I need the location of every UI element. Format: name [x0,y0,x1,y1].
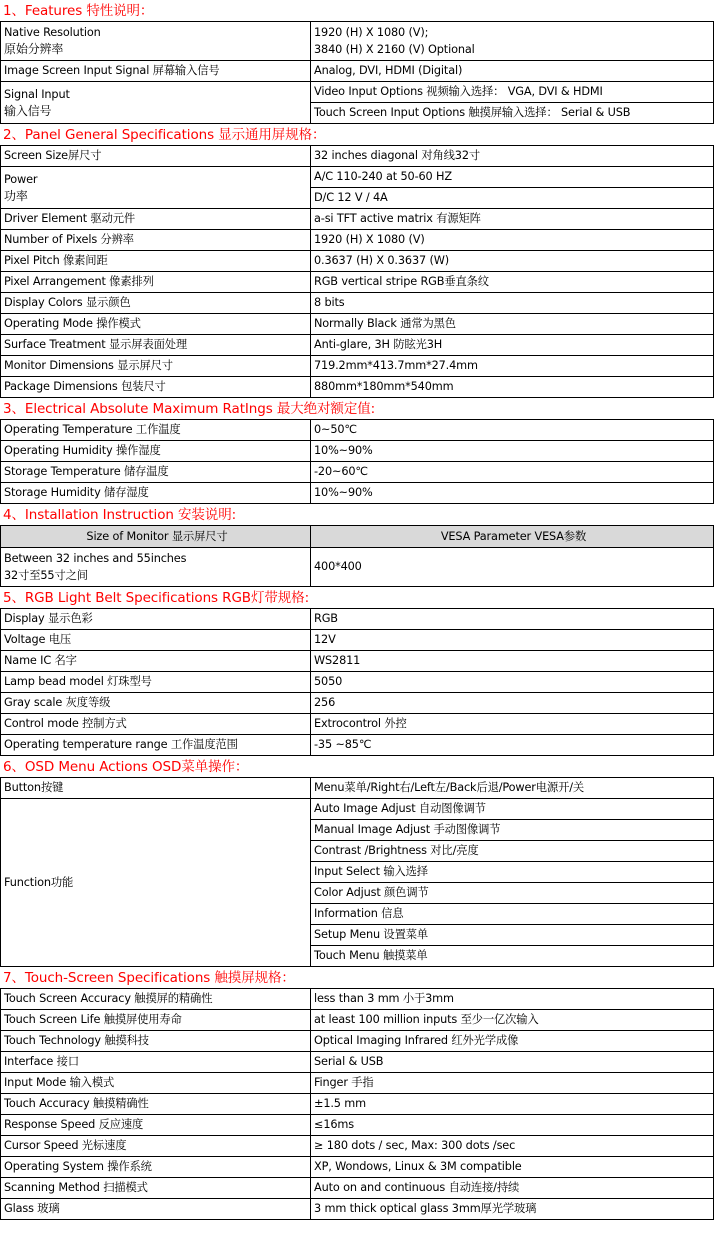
table-row: Pixel Arrangement 像素排列RGB vertical strip… [1,272,714,293]
features-table: Native Resolution 原始分辨率 1920 (H) X 1080 … [0,21,714,124]
section-title-osd-menu: 6、OSD Menu Actions OSD菜单操作： [0,756,715,777]
table-row: Surface Treatment 显示屏表面处理Anti-glare, 3H … [1,335,714,356]
table-row: Response Speed 反应速度≤16ms [1,1115,714,1136]
cell-value: 0~50℃ [311,420,714,441]
table-header-row: Size of Monitor 显示屏尺寸 VESA Parameter VES… [1,526,714,548]
cell-value: 256 [311,693,714,714]
section-title-installation: 4、Installation Instruction 安装说明: [0,504,715,525]
section-title-panel: 2、Panel General Specifications 显示通用屏规格： [0,124,715,145]
label-en: Between 32 inches and 55inches [4,550,310,567]
label-cn: 功率 [4,188,310,205]
cell-label: Glass 玻璃 [1,1199,311,1220]
cell-value: A/C 110-240 at 50-60 HZ [311,167,714,188]
table-row: Touch Screen Accuracy 触摸屏的精确性less than 3… [1,989,714,1010]
cell-value: less than 3 mm 小于3mm [311,989,714,1010]
cell-value: Auto Image Adjust 自动图像调节 [311,799,714,820]
cell-value: Video Input Options 视频输入选择： VGA, DVI & H… [311,82,714,103]
table-row: Display Colors 显示颜色8 bits [1,293,714,314]
cell-value: Touch Menu 触摸菜单 [311,946,714,967]
cell-value: Information 信息 [311,904,714,925]
cell-label: Storage Humidity 储存湿度 [1,483,311,504]
cell-label: Pixel Arrangement 像素排列 [1,272,311,293]
table-row: Name IC 名字WS2811 [1,651,714,672]
table-row: Driver Element 驱动元件a-si TFT active matri… [1,209,714,230]
cell-value: 10%~90% [311,483,714,504]
cell-value: Manual Image Adjust 手动图像调节 [311,820,714,841]
table-row: Operating temperature range 工作温度范围-35 ~8… [1,735,714,756]
signal-input-label: Signal Input 输入信号 [1,82,311,124]
cell-label: Driver Element 驱动元件 [1,209,311,230]
value-line: 1920 (H) X 1080 (V); [314,24,713,41]
cell-label: Surface Treatment 显示屏表面处理 [1,335,311,356]
cell-label: Touch Screen Life 触摸屏使用寿命 [1,1010,311,1031]
cell-value: 719.2mm*413.7mm*27.4mm [311,356,714,377]
cell-label: Display Colors 显示颜色 [1,293,311,314]
label-cn: 原始分辨率 [4,41,310,58]
cell-value: RGB [311,609,714,630]
cell-value: a-si TFT active matrix 有源矩阵 [311,209,714,230]
cell-value: Touch Screen Input Options 触摸屏输入选择： Seri… [311,103,714,124]
cell-label: Scanning Method 扫描模式 [1,1178,311,1199]
cell-label: Control mode 控制方式 [1,714,311,735]
cell-value: RGB vertical stripe RGB垂直条纹 [311,272,714,293]
cell-label: Button按键 [1,778,311,799]
cell-value: Contrast /Brightness 对比/亮度 [311,841,714,862]
cell-label: Operating Humidity 操作湿度 [1,441,311,462]
table-row: Touch Screen Life 触摸屏使用寿命at least 100 mi… [1,1010,714,1031]
table-row: Voltage 电压12V [1,630,714,651]
cell-value: Anti-glare, 3H 防眩光3H [311,335,714,356]
cell-value: Serial & USB [311,1052,714,1073]
table-row: Signal Input 输入信号 Video Input Options 视频… [1,82,714,103]
table-row: Number of Pixels 分辨率1920 (H) X 1080 (V) [1,230,714,251]
cell-label: Storage Temperature 储存温度 [1,462,311,483]
table-row: Pixel Pitch 像素间距0.3637 (H) X 0.3637 (W) [1,251,714,272]
table-row: Between 32 inches and 55inches 32寸至55寸之间… [1,548,714,587]
cell-value: Optical Imaging Infrared 红外光学成像 [311,1031,714,1052]
cell-value: Setup Menu 设置菜单 [311,925,714,946]
table-row: Operating Temperature 工作温度0~50℃ [1,420,714,441]
table-row: Cursor Speed 光标速度≥ 180 dots / sec, Max: … [1,1136,714,1157]
cell-value: 8 bits [311,293,714,314]
section-title-touch-screen: 7、Touch-Screen Specifications 触摸屏规格： [0,967,715,988]
cell-value: D/C 12 V / 4A [311,188,714,209]
cell-value: Input Select 输入选择 [311,862,714,883]
label-cn: 输入信号 [4,103,310,120]
table-row: Operating Mode 操作模式Normally Black 通常为黑色 [1,314,714,335]
cell-value: Analog, DVI, HDMI (Digital) [311,61,714,82]
installation-table: Size of Monitor 显示屏尺寸 VESA Parameter VES… [0,525,714,587]
cell-label: Operating Temperature 工作温度 [1,420,311,441]
cell-value: WS2811 [311,651,714,672]
cell-value: 10%~90% [311,441,714,462]
table-row: Function功能 Auto Image Adjust 自动图像调节 [1,799,714,820]
cell-value: -35 ~85℃ [311,735,714,756]
function-label: Function功能 [1,799,311,967]
table-row: Package Dimensions 包装尺寸880mm*180mm*540mm [1,377,714,398]
cell-label: Operating System 操作系统 [1,1157,311,1178]
cell-value: Auto on and continuous 自动连接/持续 [311,1178,714,1199]
table-row: Touch Accuracy 触摸精确性±1.5 mm [1,1094,714,1115]
cell-label: Package Dimensions 包装尺寸 [1,377,311,398]
table-row: Lamp bead model 灯珠型号5050 [1,672,714,693]
table-row: Screen Size屏尺寸 32 inches diagonal 对角线32寸 [1,146,714,167]
table-row: Interface 接口Serial & USB [1,1052,714,1073]
cell-value: Menu菜单/Right右/Left左/Back后退/Power电源开/关 [311,778,714,799]
cell-label: Lamp bead model 灯珠型号 [1,672,311,693]
cell-label: Interface 接口 [1,1052,311,1073]
section-title-features: 1、Features 特性说明： [0,0,715,21]
cell-value: 5050 [311,672,714,693]
cell-label: Display 显示色彩 [1,609,311,630]
table-row: Control mode 控制方式Extrocontrol 外控 [1,714,714,735]
monitor-size-label: Between 32 inches and 55inches 32寸至55寸之间 [1,548,311,587]
cell-value: 0.3637 (H) X 0.3637 (W) [311,251,714,272]
table-row: Storage Temperature 储存温度-20~60℃ [1,462,714,483]
table-row: Operating Humidity 操作湿度10%~90% [1,441,714,462]
table-row: Button按键 Menu菜单/Right右/Left左/Back后退/Powe… [1,778,714,799]
table-row: Power 功率 A/C 110-240 at 50-60 HZ [1,167,714,188]
cell-label: Response Speed 反应速度 [1,1115,311,1136]
osd-menu-table: Button按键 Menu菜单/Right右/Left左/Back后退/Powe… [0,777,714,967]
column-header: Size of Monitor 显示屏尺寸 [1,526,311,548]
cell-label: Number of Pixels 分辨率 [1,230,311,251]
cell-value: Extrocontrol 外控 [311,714,714,735]
native-resolution-value: 1920 (H) X 1080 (V); 3840 (H) X 2160 (V)… [311,22,714,61]
cell-label: Gray scale 灰度等级 [1,693,311,714]
value-line: 3840 (H) X 2160 (V) Optional [314,41,713,58]
cell-value: 1920 (H) X 1080 (V) [311,230,714,251]
table-row: Storage Humidity 储存湿度10%~90% [1,483,714,504]
cell-label: Name IC 名字 [1,651,311,672]
table-row: Input Mode 输入模式Finger 手指 [1,1073,714,1094]
cell-label: Operating temperature range 工作温度范围 [1,735,311,756]
cell-value: Finger 手指 [311,1073,714,1094]
label-en: Signal Input [4,88,70,101]
cell-value: at least 100 million inputs 至少一亿次输入 [311,1010,714,1031]
cell-label: Screen Size屏尺寸 [1,146,311,167]
table-row: Gray scale 灰度等级256 [1,693,714,714]
cell-value: 12V [311,630,714,651]
table-row: Touch Technology 触摸科技Optical Imaging Inf… [1,1031,714,1052]
label-cn: 32寸至55寸之间 [4,567,310,584]
table-row: Operating System 操作系统XP, Wondows, Linux … [1,1157,714,1178]
label-en: Power [4,173,37,186]
cell-label: Image Screen Input Signal 屏幕输入信号 [1,61,311,82]
cell-label: Touch Accuracy 触摸精确性 [1,1094,311,1115]
cell-value: XP, Wondows, Linux & 3M compatible [311,1157,714,1178]
rgb-belt-table: Display 显示色彩RGB Voltage 电压12V Name IC 名字… [0,608,714,756]
power-label: Power 功率 [1,167,311,209]
table-row: Monitor Dimensions 显示屏尺寸719.2mm*413.7mm*… [1,356,714,377]
cell-value: Normally Black 通常为黑色 [311,314,714,335]
column-header: VESA Parameter VESA参数 [311,526,714,548]
cell-value: 880mm*180mm*540mm [311,377,714,398]
table-row: Image Screen Input Signal 屏幕输入信号 Analog,… [1,61,714,82]
cell-value: ≥ 180 dots / sec, Max: 300 dots /sec [311,1136,714,1157]
cell-label: Touch Screen Accuracy 触摸屏的精确性 [1,989,311,1010]
table-row: Scanning Method 扫描模式Auto on and continuo… [1,1178,714,1199]
cell-label: Voltage 电压 [1,630,311,651]
section-title-rgb-belt: 5、RGB Light Belt Specifications RGB灯带规格: [0,587,715,608]
panel-table: Screen Size屏尺寸 32 inches diagonal 对角线32寸… [0,145,714,398]
label-en: Native Resolution [4,26,101,39]
cell-label: Pixel Pitch 像素间距 [1,251,311,272]
cell-label: Touch Technology 触摸科技 [1,1031,311,1052]
section-title-electrical: 3、Electrical Absolute Maximum RatIngs 最大… [0,398,715,419]
cell-value: -20~60℃ [311,462,714,483]
spec-document: 1、Features 特性说明： Native Resolution 原始分辨率… [0,0,715,1220]
cell-value: 3 mm thick optical glass 3mm厚光学玻璃 [311,1199,714,1220]
table-row: Glass 玻璃3 mm thick optical glass 3mm厚光学玻… [1,1199,714,1220]
cell-value: 32 inches diagonal 对角线32寸 [311,146,714,167]
cell-label: Input Mode 输入模式 [1,1073,311,1094]
touch-screen-table: Touch Screen Accuracy 触摸屏的精确性less than 3… [0,988,714,1220]
cell-label: Operating Mode 操作模式 [1,314,311,335]
table-row: Display 显示色彩RGB [1,609,714,630]
electrical-table: Operating Temperature 工作温度0~50℃ Operatin… [0,419,714,504]
cell-label: Cursor Speed 光标速度 [1,1136,311,1157]
cell-value: ±1.5 mm [311,1094,714,1115]
cell-value: ≤16ms [311,1115,714,1136]
cell-value: 400*400 [311,548,714,587]
cell-value: Color Adjust 颜色调节 [311,883,714,904]
native-resolution-label: Native Resolution 原始分辨率 [1,22,311,61]
cell-label: Monitor Dimensions 显示屏尺寸 [1,356,311,377]
